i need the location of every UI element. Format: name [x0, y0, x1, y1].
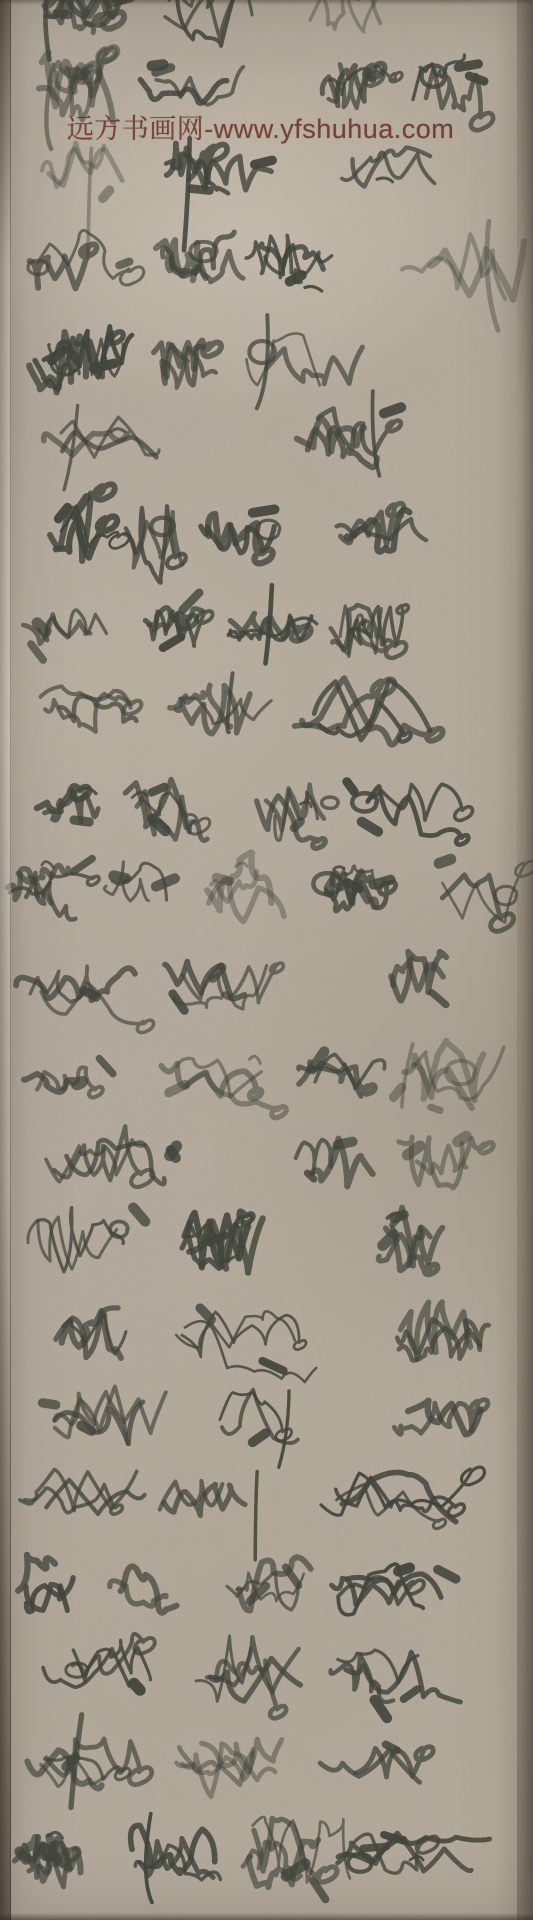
paper-grain: [0, 0, 533, 1920]
scroll-right-edge: [517, 0, 533, 1920]
calligraphy-scroll: 远方书画网-www.yfshuhua.com: [0, 0, 533, 1920]
scroll-top-edge: [0, 0, 533, 5]
scroll-left-edge: [0, 0, 11, 1920]
calligraphy-ink-strokes: [0, 0, 533, 1920]
scroll-bottom-edge: [0, 1913, 533, 1920]
